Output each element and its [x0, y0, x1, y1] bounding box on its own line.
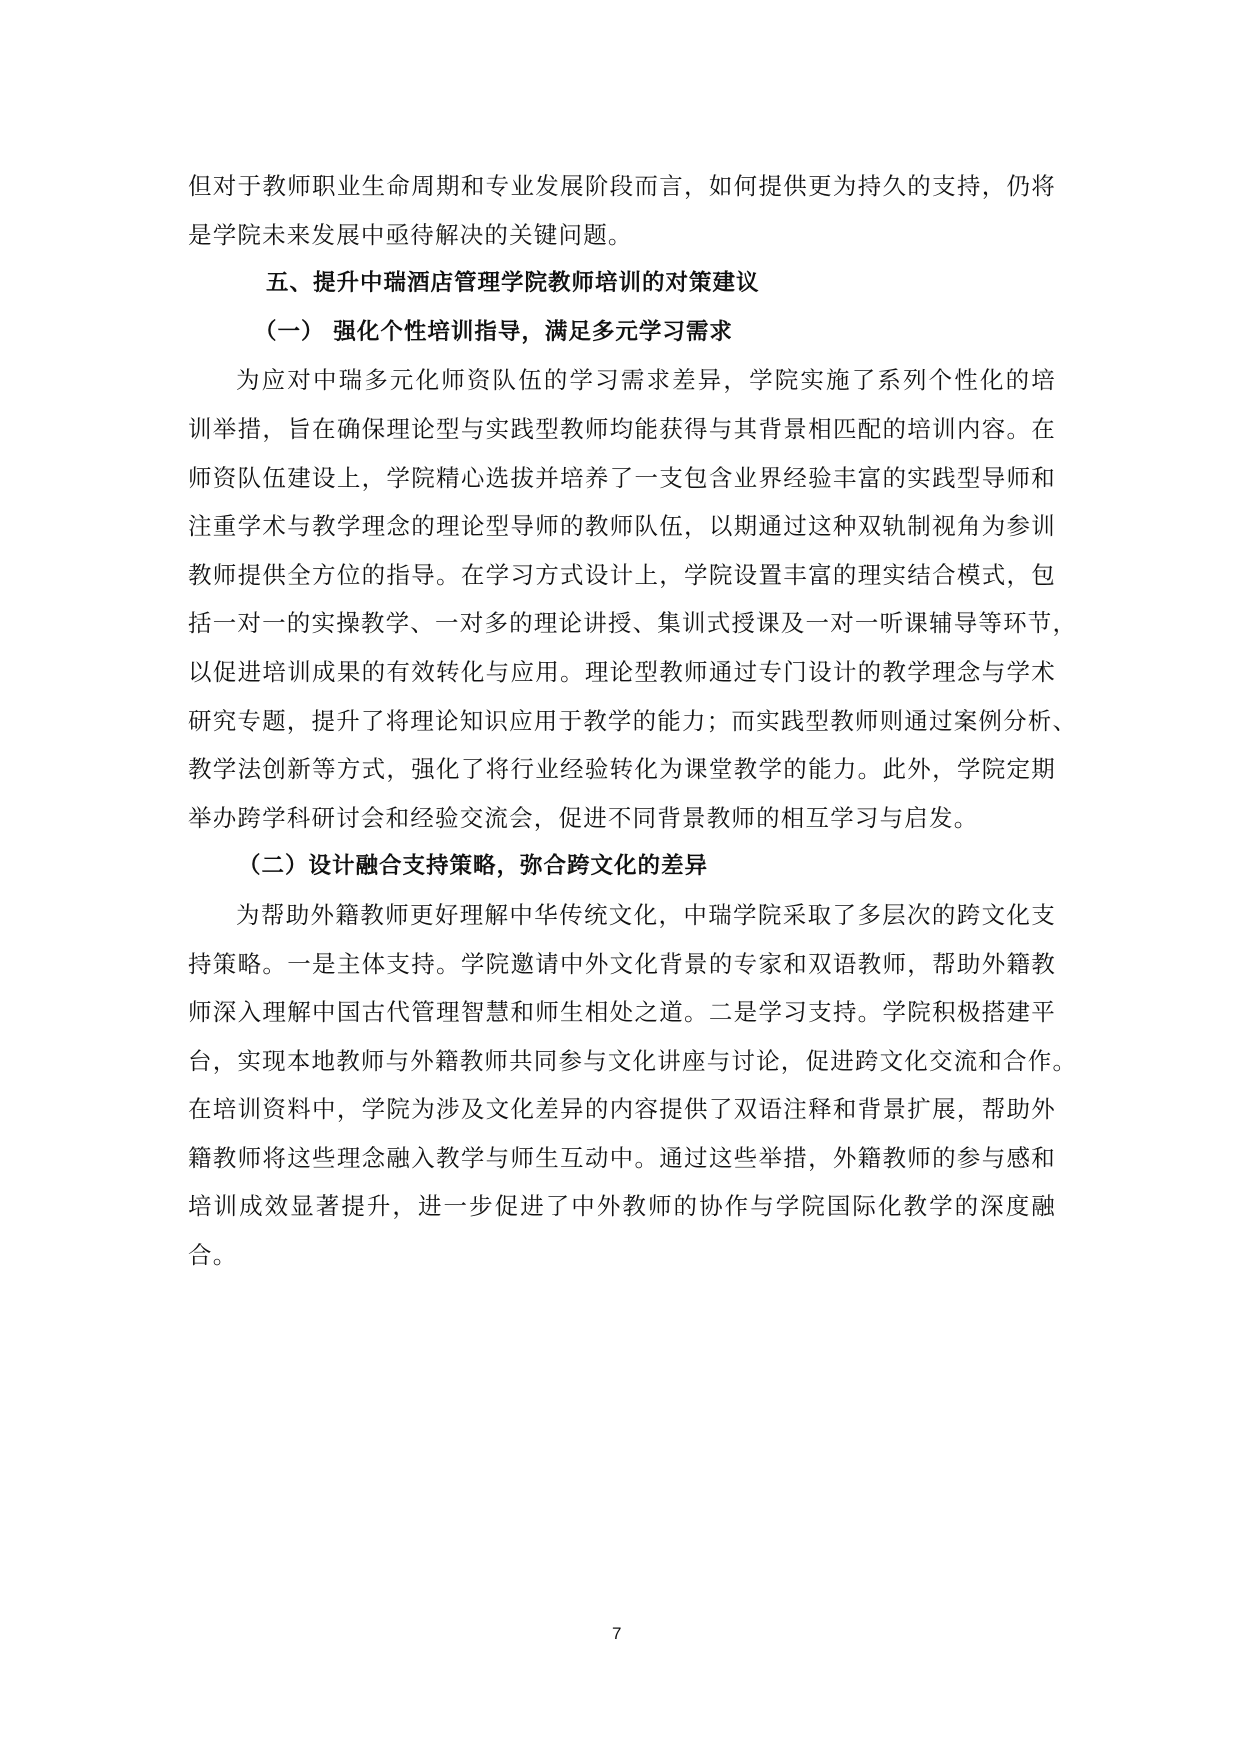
body-line: 是学院未来发展中亟待解决的关键问题。: [188, 211, 1056, 260]
body-line: 在培训资料中，学院为涉及文化差异的内容提供了双语注释和背景扩展，帮助外: [188, 1085, 1056, 1134]
subsection-heading: （二）设计融合支持策略，弥合跨文化的差异: [188, 842, 1056, 891]
body-line: 合。: [188, 1231, 1056, 1280]
page-number: 7: [612, 1624, 621, 1644]
body-line: 训举措，旨在确保理论型与实践型教师均能获得与其背景相匹配的培训内容。在: [188, 405, 1056, 454]
document-page: 但对于教师职业生命周期和专业发展阶段而言，如何提供更为持久的支持，仍将 是学院未…: [188, 162, 1056, 1280]
subsection-heading: （一） 强化个性培训指导，满足多元学习需求: [188, 308, 1056, 357]
body-line: 为帮助外籍教师更好理解中华传统文化，中瑞学院采取了多层次的跨文化支: [188, 891, 1056, 940]
body-line: 台，实现本地教师与外籍教师共同参与文化讲座与讨论，促进跨文化交流和合作。: [188, 1037, 1056, 1086]
body-line: 以促进培训成果的有效转化与应用。理论型教师通过专门设计的教学理念与学术: [188, 648, 1056, 697]
body-line: 师深入理解中国古代管理智慧和师生相处之道。二是学习支持。学院积极搭建平: [188, 988, 1056, 1037]
body-line: 持策略。一是主体支持。学院邀请中外文化背景的专家和双语教师，帮助外籍教: [188, 940, 1056, 989]
body-line: 教学法创新等方式，强化了将行业经验转化为课堂教学的能力。此外，学院定期: [188, 745, 1056, 794]
body-line: 为应对中瑞多元化师资队伍的学习需求差异，学院实施了系列个性化的培: [188, 356, 1056, 405]
body-line: 教师提供全方位的指导。在学习方式设计上，学院设置丰富的理实结合模式，包: [188, 551, 1056, 600]
body-line: 培训成效显著提升，进一步促进了中外教师的协作与学院国际化教学的深度融: [188, 1182, 1056, 1231]
section-heading: 五、提升中瑞酒店管理学院教师培训的对策建议: [188, 259, 1056, 308]
body-line: 研究专题，提升了将理论知识应用于教学的能力；而实践型教师则通过案例分析、: [188, 697, 1056, 746]
body-line: 括一对一的实操教学、一对多的理论讲授、集训式授课及一对一听课辅导等环节，: [188, 599, 1056, 648]
body-line: 师资队伍建设上，学院精心选拔并培养了一支包含业界经验丰富的实践型导师和: [188, 454, 1056, 503]
body-line: 籍教师将这些理念融入教学与师生互动中。通过这些举措，外籍教师的参与感和: [188, 1134, 1056, 1183]
body-line: 但对于教师职业生命周期和专业发展阶段而言，如何提供更为持久的支持，仍将: [188, 162, 1056, 211]
body-line: 举办跨学科研讨会和经验交流会，促进不同背景教师的相互学习与启发。: [188, 794, 1056, 843]
body-line: 注重学术与教学理念的理论型导师的教师队伍，以期通过这种双轨制视角为参训: [188, 502, 1056, 551]
